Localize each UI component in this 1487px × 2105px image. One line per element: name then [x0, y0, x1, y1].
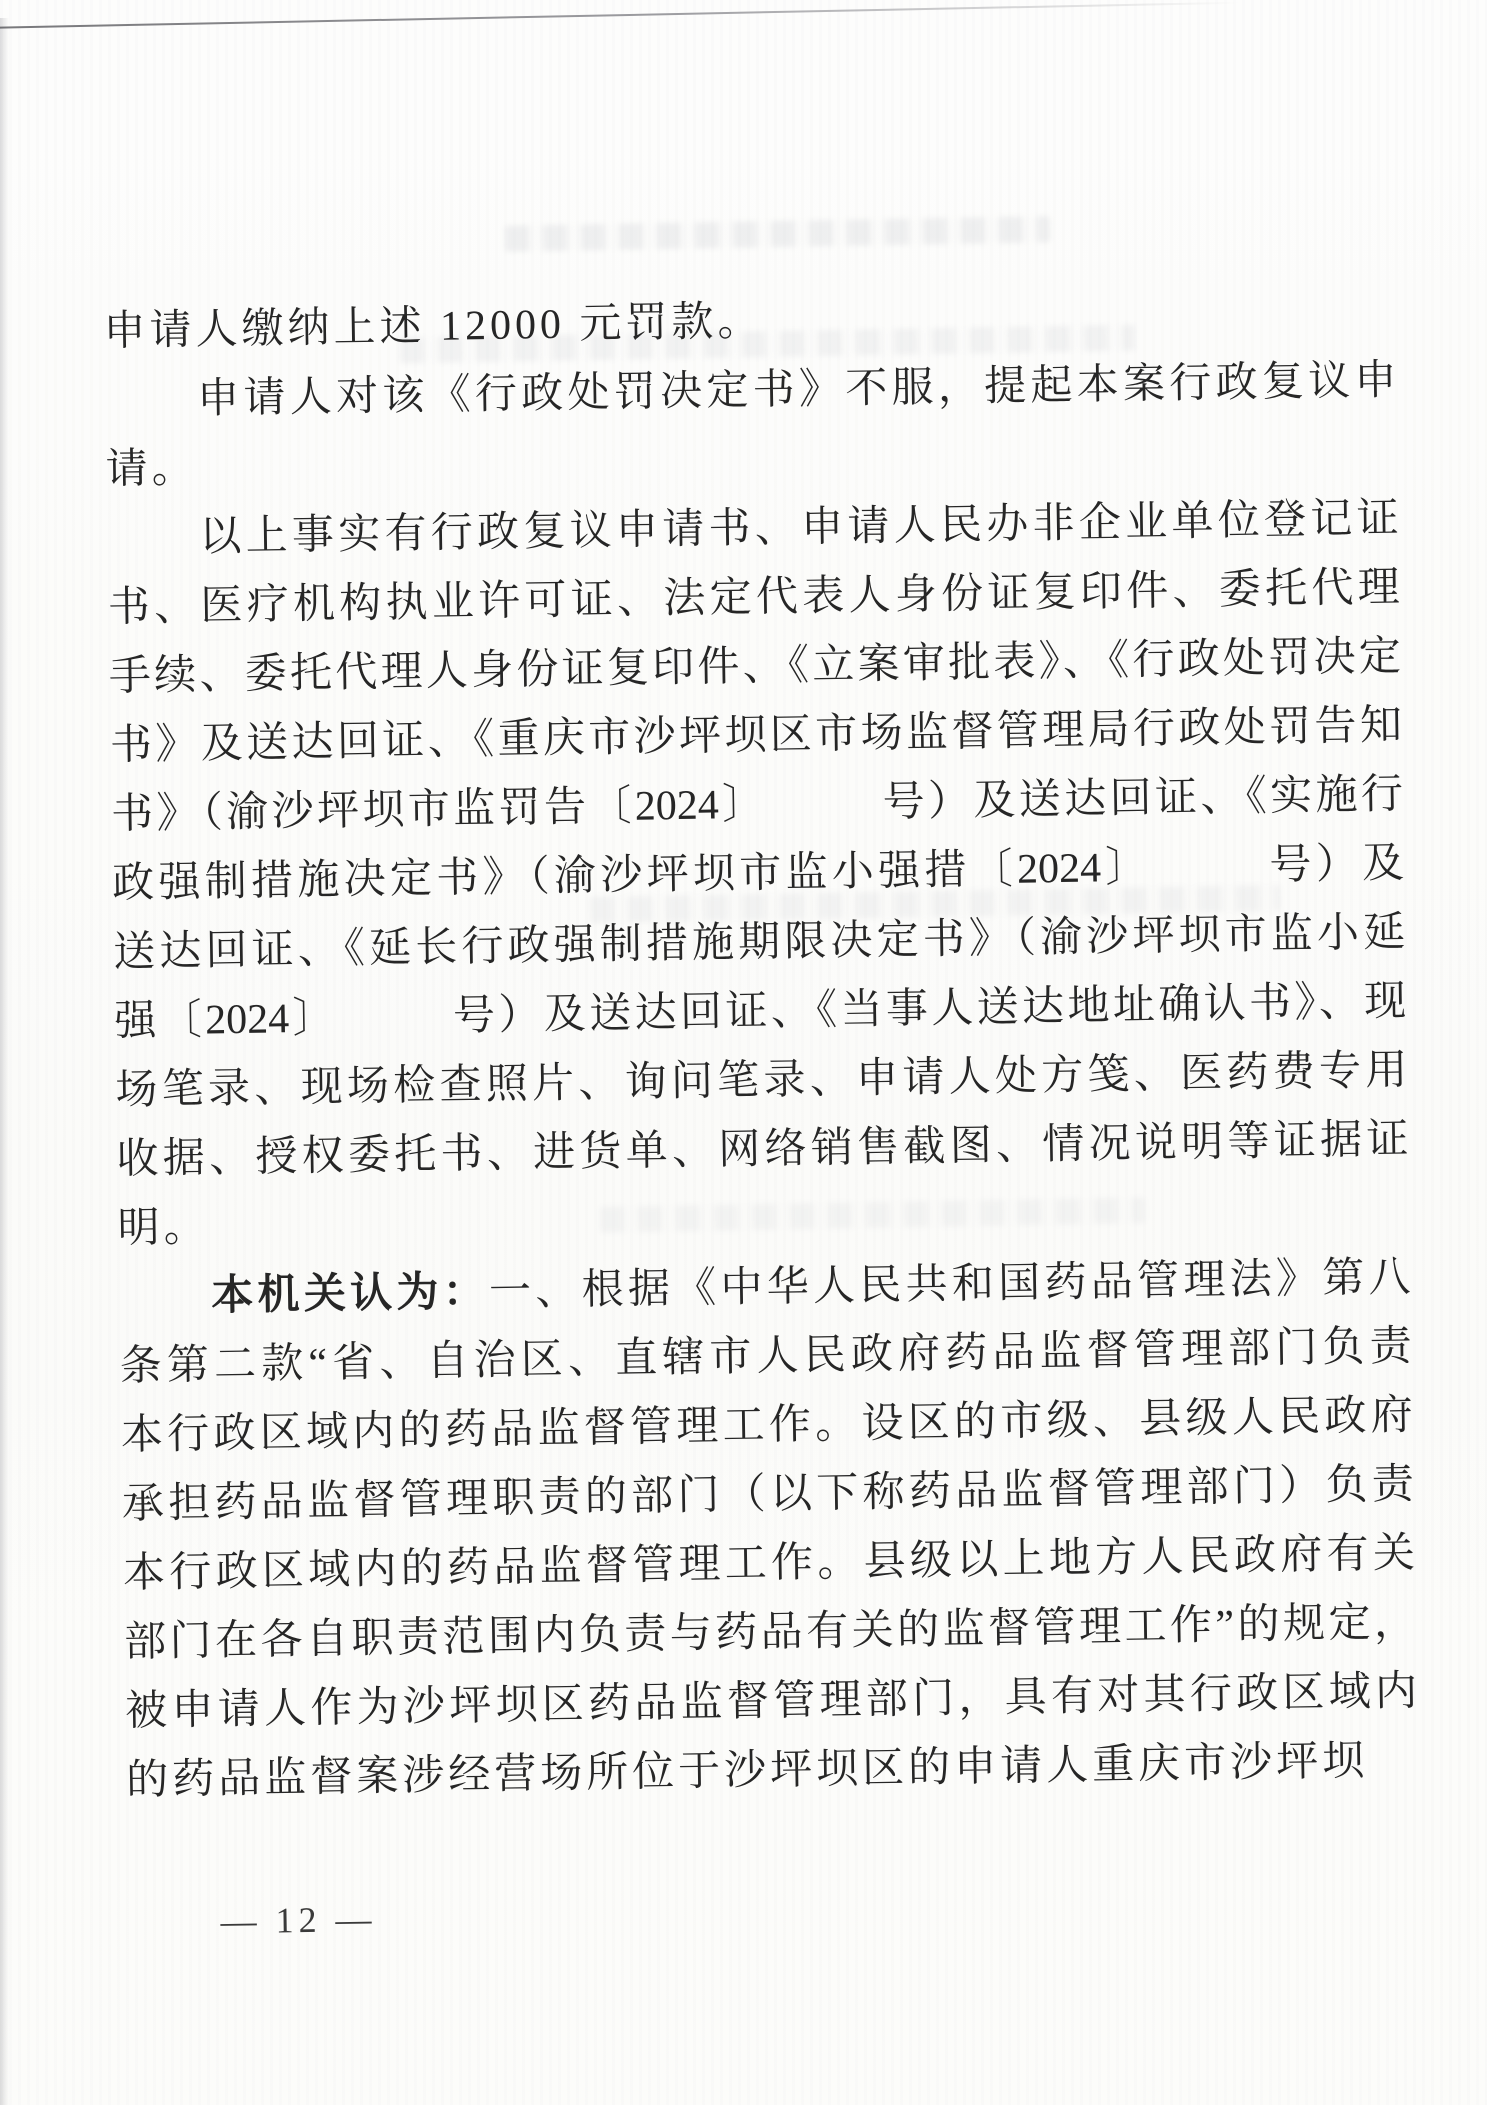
line-text: 申请人对该《行政处罚决定书》不服，提起本案行政复议申 [104, 358, 1397, 424]
line-text: 本行政区域内的药品监督管理工作。设区的市级、县级人民政府 [121, 1393, 1414, 1459]
bold-lead-text: 本机关认为： [118, 1269, 489, 1321]
scanned-document-page: 申请人缴纳上述 12000 元罚款。 申请人对该《行政处罚决定书》不服，提起本案… [0, 0, 1487, 2105]
line-text: 请。 [105, 446, 198, 493]
page-number: — 12 — [220, 1882, 1421, 1943]
line-text: 被申请人作为沙坪坝区药品监督管理部门，具有对其行政区域内 [125, 1669, 1418, 1735]
line-text: 书》及送达回证、《重庆市沙坪坝区市场监督管理局行政处罚告知 [110, 703, 1403, 769]
line-text: 明。 [117, 1204, 210, 1251]
line-text: 书、医疗机构执业许可证、法定代表人身份证复印件、委托代理 [108, 565, 1401, 631]
line-text: 强〔2024〕 号）及送达回证、《当事人送达地址确认书》、现 [114, 979, 1407, 1045]
line-text: 场笔录、现场检查照片、询问笔录、申请人处方笺、医药费专用 [115, 1048, 1408, 1114]
line-text: 送达回证、《延长行政强制措施期限决定书》（渝沙坪坝市监小延 [113, 910, 1406, 976]
ink-bleed-artifact [505, 216, 1050, 252]
line-text: 条第二款“省、自治区、直辖市人民政府药品监督管理部门负责 [119, 1324, 1412, 1390]
line-text: 本行政区域内的药品监督管理工作。县级以上地方人民政府有关 [123, 1531, 1416, 1597]
document-body: 申请人缴纳上述 12000 元罚款。 申请人对该《行政处罚决定书》不服，提起本案… [103, 278, 1419, 1816]
line-text: 申请人缴纳上述 12000 元罚款。 [103, 299, 764, 355]
line-text: 以上事实有行政复议申请书、申请人民办非企业单位登记证 [106, 496, 1399, 562]
line-text: 的药品监督案涉经营场所位于沙坪坝区的申请人重庆市沙坪坝 [126, 1738, 1369, 1804]
line-text: 收据、授权委托书、进货单、网络销售截图、情况说明等证据证 [116, 1117, 1409, 1183]
line-text: 一、根据《中华人民共和国药品管理法》第八 [489, 1255, 1411, 1315]
line-text: 承担药品监督管理职责的部门（以下称药品监督管理部门）负责 [122, 1462, 1415, 1528]
scan-edge-artifact-line [0, 2, 1240, 29]
line-text: 书》（渝沙坪坝市监罚告〔2024〕 号）及送达回证、《实施行 [111, 772, 1404, 838]
line-text: 手续、委托代理人身份证复印件、《立案审批表》、《行政处罚决定 [109, 634, 1402, 700]
scan-edge-shadow [0, 18, 9, 2105]
line-text: 部门在各自职责范围内负责与药品有关的监督管理工作”的规定， [124, 1600, 1417, 1666]
document-content: 申请人缴纳上述 12000 元罚款。 申请人对该《行政处罚决定书》不服，提起本案… [103, 278, 1421, 1944]
line-text: 政强制措施决定书》（渝沙坪坝市监小强措〔2024〕 号）及 [112, 841, 1405, 907]
